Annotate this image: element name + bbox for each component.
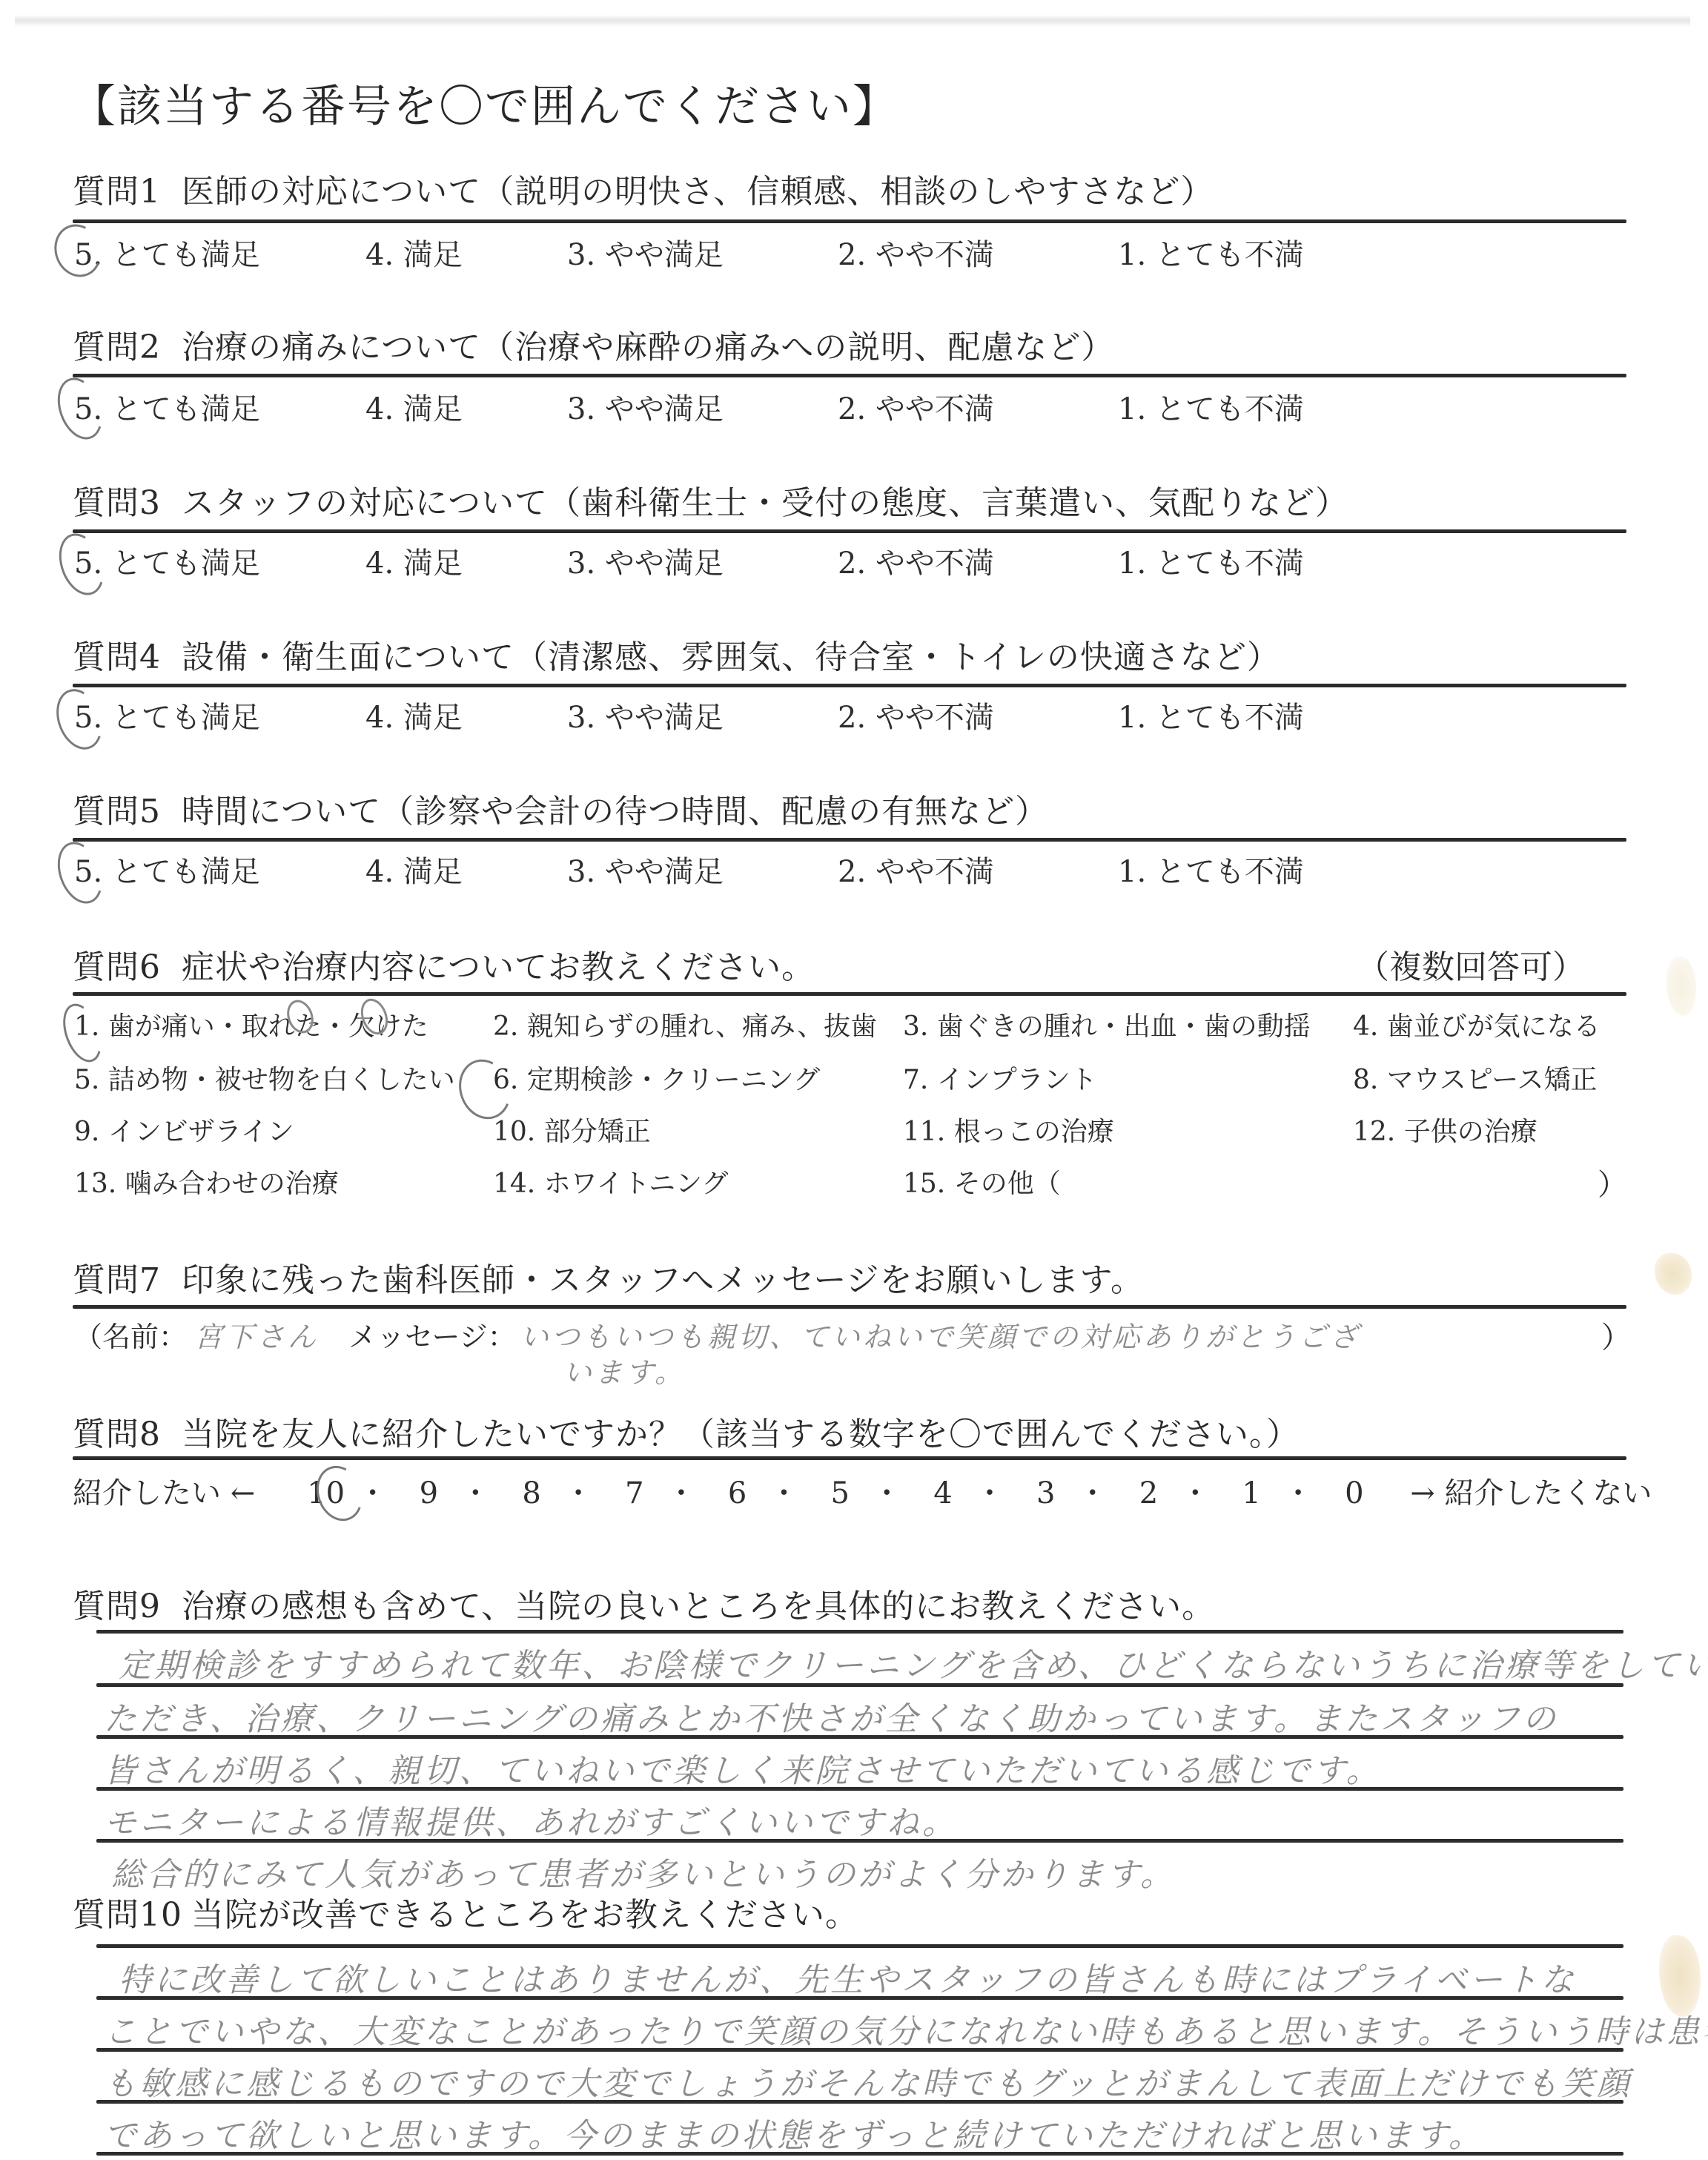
scale-7[interactable]: 7	[612, 1476, 657, 1510]
q6-option-10[interactable]: 10. 部分矯正	[493, 1111, 651, 1149]
scale-4[interactable]: 4	[921, 1476, 965, 1510]
option-1[interactable]: 1. とても不満	[1118, 386, 1304, 428]
question-6-title: 質問6症状や治療内容についてお教えください。	[73, 940, 815, 988]
answer-line-rule	[96, 2048, 1623, 2052]
q6-option-15-other[interactable]: 15. その他（	[903, 1163, 1061, 1200]
question-4-title: 質問4設備・衛生面について（清潔感、雰囲気、待合室・トイレの快適さなど）	[73, 630, 1280, 678]
question-4-rule	[73, 684, 1626, 687]
scale-6[interactable]: 6	[715, 1476, 760, 1510]
option-3[interactable]: 3. やや満足	[567, 848, 724, 891]
question-2-rule	[73, 374, 1626, 377]
option-1[interactable]: 1. とても不満	[1118, 540, 1304, 582]
other-close-paren: ）	[1598, 1161, 1627, 1203]
option-2[interactable]: 2. やや不満	[838, 231, 994, 274]
hand-drawn-circle-mark	[47, 218, 109, 284]
option-4[interactable]: 4. 満足	[365, 231, 463, 274]
name-label: （名前：	[74, 1321, 187, 1353]
paper-stain	[1655, 1253, 1692, 1295]
q6-option-4[interactable]: 4. 歯並びが気になる	[1353, 1005, 1601, 1043]
option-3[interactable]: 3. やや満足	[567, 540, 724, 582]
hand-drawn-circle-mark	[51, 527, 112, 601]
hand-drawn-circle-mark	[50, 836, 110, 910]
q6-option-12[interactable]: 12. 子供の治療	[1353, 1111, 1537, 1149]
option-4[interactable]: 4. 満足	[365, 694, 463, 736]
question-8-rule	[73, 1456, 1626, 1460]
q9-answer-line-4[interactable]: モニターによる情報提供、あれがすごくいいですね。	[104, 1796, 958, 1843]
option-2[interactable]: 2. やや不満	[838, 386, 994, 428]
question-7-title: 質問7印象に残った歯科医師・スタッフへメッセージをお願いします。	[73, 1253, 1144, 1301]
q6-option-5[interactable]: 5. 詰め物・被せ物を白くしたい	[74, 1059, 455, 1097]
page-title: 【該当する番号を〇で囲んでください】	[71, 71, 898, 135]
q9-answer-line-3[interactable]: 皆さんが明るく、親切、ていねいで楽しく来院させていただいている感じです。	[104, 1744, 1382, 1791]
question-2-title: 質問2治療の痛みについて（治療や麻酔の痛みへの説明、配慮など）	[73, 320, 1114, 368]
q9-answer-line-2[interactable]: ただき、治療、クリーニングの痛みとか不快さが全くなく助かっています。またスタッフ…	[104, 1692, 1558, 1740]
q6-option-7[interactable]: 7. インプラント	[903, 1059, 1097, 1097]
scale-5[interactable]: 5	[818, 1476, 862, 1510]
scale-9[interactable]: 9	[406, 1476, 451, 1510]
answer-line-rule	[96, 2100, 1623, 2104]
option-4[interactable]: 4. 満足	[365, 540, 463, 582]
question-1-title: 質問1医師の対応について（説明の明快さ、信頼感、相談のしやすさなど）	[73, 165, 1214, 212]
answer-line-rule	[96, 1683, 1623, 1687]
question-9-title: 質問9治療の感想も含めて、当院の良いところを具体的にお教えください。	[73, 1579, 1215, 1627]
paper-stain	[1666, 957, 1696, 1016]
scale-0[interactable]: 0	[1332, 1476, 1377, 1510]
name-value[interactable]: 宮下さん	[194, 1321, 319, 1353]
answer-line-rule	[96, 1630, 1623, 1634]
message-close-paren: ）	[1601, 1314, 1631, 1356]
option-4[interactable]: 4. 満足	[365, 848, 463, 891]
message-value-continued[interactable]: います。	[563, 1350, 686, 1390]
q6-option-2[interactable]: 2. 親知らずの腫れ、痛み、抜歯	[493, 1005, 877, 1043]
q6-option-9[interactable]: 9. インビザライン	[74, 1111, 294, 1149]
question-1-rule	[73, 219, 1626, 223]
question-5-title: 質問5時間について（診察や会計の待つ時間、配慮の有無など）	[73, 785, 1048, 832]
answer-line-rule	[96, 1839, 1623, 1843]
answer-line-rule	[96, 1787, 1623, 1791]
option-4[interactable]: 4. 満足	[365, 386, 463, 428]
scale-8[interactable]: 8	[509, 1476, 554, 1510]
option-3[interactable]: 3. やや満足	[567, 386, 724, 428]
hand-drawn-circle-mark	[50, 371, 110, 446]
scale-3[interactable]: 3	[1024, 1476, 1068, 1510]
question-5-rule	[73, 838, 1626, 842]
q6-option-11[interactable]: 11. 根っこの治療	[903, 1111, 1114, 1149]
scale-1[interactable]: 1	[1229, 1476, 1274, 1510]
option-3[interactable]: 3. やや満足	[567, 694, 724, 736]
q10-answer-line-3[interactable]: も敏感に感じるものですので大変でしょうがそんな時でもグッとがまんして表面上だけで…	[104, 2057, 1632, 2104]
answer-line-rule	[96, 1944, 1623, 1948]
answer-line-rule	[96, 1735, 1623, 1739]
q9-answer-line-1[interactable]: 定期検診をすすめられて数年、お陰様でクリーニングを含め、ひどくならないうちに治療…	[119, 1639, 1708, 1686]
recommend-right-label: → 紹介したくない	[1410, 1476, 1652, 1510]
question-8-title: 質問8当院を友人に紹介したいですか？（該当する数字を〇で囲んでください。）	[73, 1407, 1300, 1455]
q6-option-6[interactable]: 6. 定期検診・クリーニング	[493, 1059, 820, 1097]
option-1[interactable]: 1. とても不満	[1118, 694, 1304, 736]
scale-2[interactable]: 2	[1126, 1476, 1171, 1510]
message-value[interactable]: いつもいつも親切、ていねいで笑顔での対応ありがとうござ	[520, 1321, 1361, 1353]
question-10-title: 質問10当院が改善できるところをお教えください。	[73, 1888, 858, 1935]
q10-answer-line-1[interactable]: 特に改善して欲しいことはありませんが、先生やスタッフの皆さんも時にはプライベート…	[119, 1953, 1577, 2001]
option-2[interactable]: 2. やや不満	[838, 694, 994, 736]
recommend-scale: 紹介したい ← 10・ 9・ 8・ 7・ 6・ 5・ 4・ 3・ 2・ 1・ 0…	[73, 1470, 1652, 1512]
q6-option-14[interactable]: 14. ホワイトニング	[493, 1163, 728, 1200]
q7-answer-line: （名前：宮下さんメッセージ：いつもいつも親切、ていねいで笑顔での対応ありがとうご…	[74, 1314, 1361, 1355]
answer-line-rule	[96, 1996, 1623, 2000]
q6-option-13[interactable]: 13. 噛み合わせの治療	[74, 1163, 339, 1200]
question-3-title: 質問3スタッフの対応について（歯科衛生士・受付の態度、言葉遣い、気配りなど）	[73, 476, 1348, 524]
recommend-left-label: 紹介したい ←	[73, 1476, 255, 1510]
option-5[interactable]: 5. とても満足	[74, 231, 260, 274]
option-3[interactable]: 3. やや満足	[567, 231, 724, 274]
question-6-rule	[73, 992, 1626, 996]
message-label: メッセージ：	[348, 1321, 516, 1353]
question-7-rule	[73, 1305, 1626, 1309]
q6-option-8[interactable]: 8. マウスピース矯正	[1353, 1059, 1597, 1097]
answer-line-rule	[96, 2152, 1623, 2156]
option-1[interactable]: 1. とても不満	[1118, 231, 1304, 274]
question-3-rule	[73, 529, 1626, 533]
scan-edge-shadow	[15, 15, 1690, 27]
option-2[interactable]: 2. やや不満	[838, 848, 994, 891]
q6-option-3[interactable]: 3. 歯ぐきの腫れ・出血・歯の動揺	[903, 1005, 1311, 1043]
multiple-answers-note: （複数回答可）	[1357, 940, 1585, 988]
option-2[interactable]: 2. やや不満	[838, 540, 994, 582]
q10-answer-line-4[interactable]: であって欲しいと思います。今のままの状態をずっと続けていただければと思います。	[104, 2109, 1484, 2156]
q10-answer-line-2[interactable]: ことでいやな、大変なことがあったりで笑顔の気分になれない時もあると思います。そう…	[104, 2005, 1708, 2052]
option-1[interactable]: 1. とても不満	[1118, 848, 1304, 891]
